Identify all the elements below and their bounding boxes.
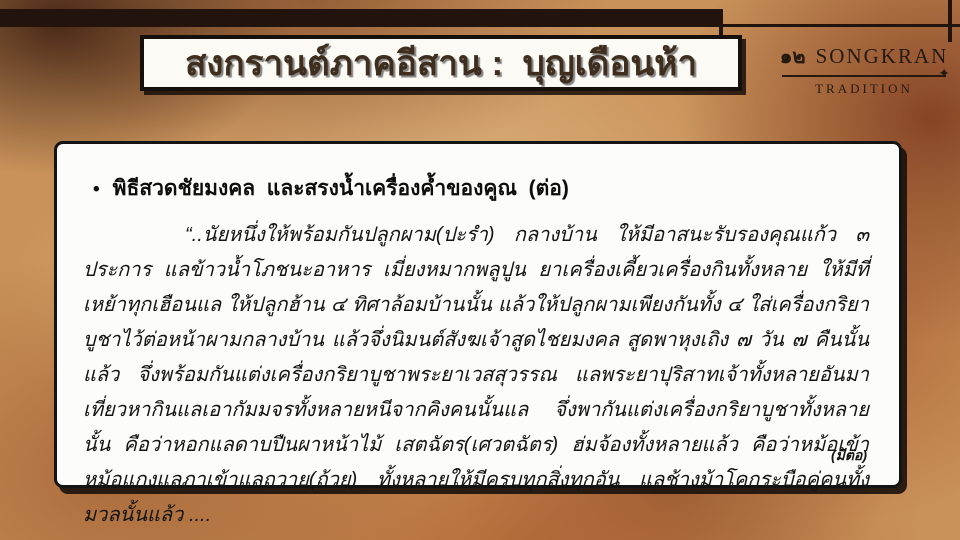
corner-badge: ๑๒ SONGKRAN ✦ TRADITION	[780, 40, 948, 97]
page-number: ๑๒	[780, 40, 806, 72]
title-box: สงกรานต์ภาคอีสาน : บุญเดือนห้า	[140, 35, 742, 91]
brand-tradition-label: TRADITION	[780, 81, 948, 97]
diamond-icon: ✦	[938, 65, 950, 82]
bullet-icon: •	[93, 179, 100, 201]
brand-divider: ✦	[782, 75, 946, 77]
top-accent-bar	[0, 9, 723, 27]
slide-title: สงกรานต์ภาคอีสาน : บุญเดือนห้า	[185, 36, 697, 91]
section-heading-text: พิธีสวดชัยมงคล และสรงน้ำเครื่องค้ำของคูณ…	[113, 172, 569, 205]
top-accent-line	[723, 24, 960, 27]
accent-tick-right	[948, 0, 952, 42]
brand-songkran-label: SONGKRAN	[816, 44, 949, 69]
continued-label: (มีต่อ)	[831, 445, 867, 467]
corner-badge-row: ๑๒ SONGKRAN	[780, 40, 948, 72]
content-card: • พิธีสวดชัยมงคล และสรงน้ำเครื่องค้ำของค…	[54, 141, 902, 488]
section-heading: • พิธีสวดชัยมงคล และสรงน้ำเครื่องค้ำของค…	[93, 172, 873, 205]
body-text: “..นัยหนึ่งให้พร้อมกันปลูกผาม(ปะรำ) กลาง…	[83, 218, 869, 533]
slide: สงกรานต์ภาคอีสาน : บุญเดือนห้า ๑๒ SONGKR…	[0, 0, 960, 540]
